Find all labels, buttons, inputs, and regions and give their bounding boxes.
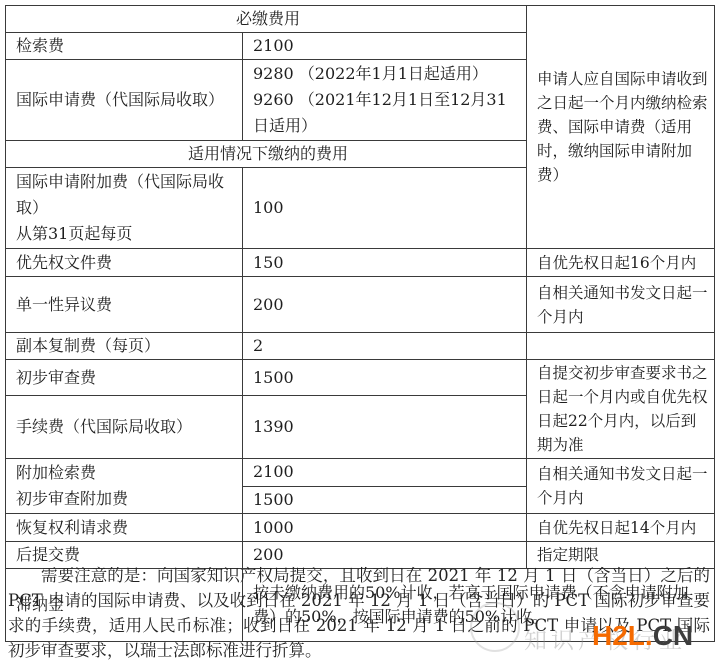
fee-label-search: 检索费 (6, 33, 243, 60)
fee-amount-page-surcharge: 100 (243, 168, 527, 249)
fee-label-page-surcharge-line1: 国际申请附加费（代国际局收取） (16, 169, 236, 221)
fee-label-additional-prelim-exam: 初步审查附加费 (16, 486, 236, 512)
deadline-rights-restoration: 自优先权日起14个月内 (527, 514, 715, 542)
fee-label-unity-objection: 单一性异议费 (6, 277, 243, 333)
fee-label-copy: 副本复制费（每页） (6, 333, 243, 360)
fee-amount-rights-restoration: 1000 (243, 514, 527, 542)
fee-label-rights-restoration: 恢复权利请求费 (6, 514, 243, 542)
fee-amount-handling: 1390 (243, 396, 527, 459)
deadline-priority-document: 自优先权日起16个月内 (527, 249, 715, 277)
fee-amount-unity-objection: 200 (243, 277, 527, 333)
fee-amount-search: 2100 (243, 33, 527, 60)
deadline-additional-fees: 自相关通知书发文日起一个月内 (527, 459, 715, 514)
fee-amount-preliminary-exam: 1500 (243, 360, 527, 396)
deadline-copy-empty (527, 333, 715, 360)
fee-label-preliminary-exam: 初步审查费 (6, 360, 243, 396)
fee-amount-intl-filing-2022: 9280 （2022年1月1日起适用） (253, 61, 520, 87)
fee-amount-priority-document: 150 (243, 249, 527, 277)
fee-label-handling: 手续费（代国际局收取） (6, 396, 243, 459)
fee-amount-intl-filing: 9280 （2022年1月1日起适用） 9260 （2021年12月1日至12月… (243, 60, 527, 141)
fee-label-page-surcharge: 国际申请附加费（代国际局收取） 从第31页起每页 (6, 168, 243, 249)
fee-amount-additional-search: 2100 (243, 459, 527, 487)
fee-label-priority-document: 优先权文件费 (6, 249, 243, 277)
fee-label-additional-search: 附加检索费 (16, 460, 236, 486)
pct-fee-table: 必缴费用 申请人应自国际申请收到之日起一个月内缴纳检索费、国际申请费（适用时，缴… (5, 5, 715, 642)
footnote-paragraph: 需要注意的是：向国家知识产权局提交，且收到日在 2021 年 12 月 1 日（… (8, 563, 710, 663)
fee-label-additional-fees: 附加检索费 初步审查附加费 (6, 459, 243, 514)
fee-amount-copy: 2 (243, 333, 527, 360)
deadline-prelim-exam-handling: 自提交初步审查要求书之日起一个月内或自优先权日起22个月内，以后到期为准 (527, 360, 715, 459)
section-header-conditional-fees: 适用情况下缴纳的费用 (6, 141, 527, 168)
fee-amount-additional-prelim-exam: 1500 (243, 486, 527, 514)
deadline-unity-objection: 自相关通知书发文日起一个月内 (527, 277, 715, 333)
section-header-mandatory-fees: 必缴费用 (6, 6, 527, 33)
fee-amount-intl-filing-2021: 9260 （2021年12月1日至12月31日适用） (253, 87, 520, 139)
fee-label-intl-filing: 国际申请费（代国际局收取） (6, 60, 243, 141)
fee-label-page-surcharge-line2: 从第31页起每页 (16, 221, 236, 247)
deadline-mandatory-fees: 申请人应自国际申请收到之日起一个月内缴纳检索费、国际申请费（适用时，缴纳国际申请… (527, 6, 715, 249)
document-page: 必缴费用 申请人应自国际申请收到之日起一个月内缴纳检索费、国际申请费（适用时，缴… (0, 0, 720, 665)
